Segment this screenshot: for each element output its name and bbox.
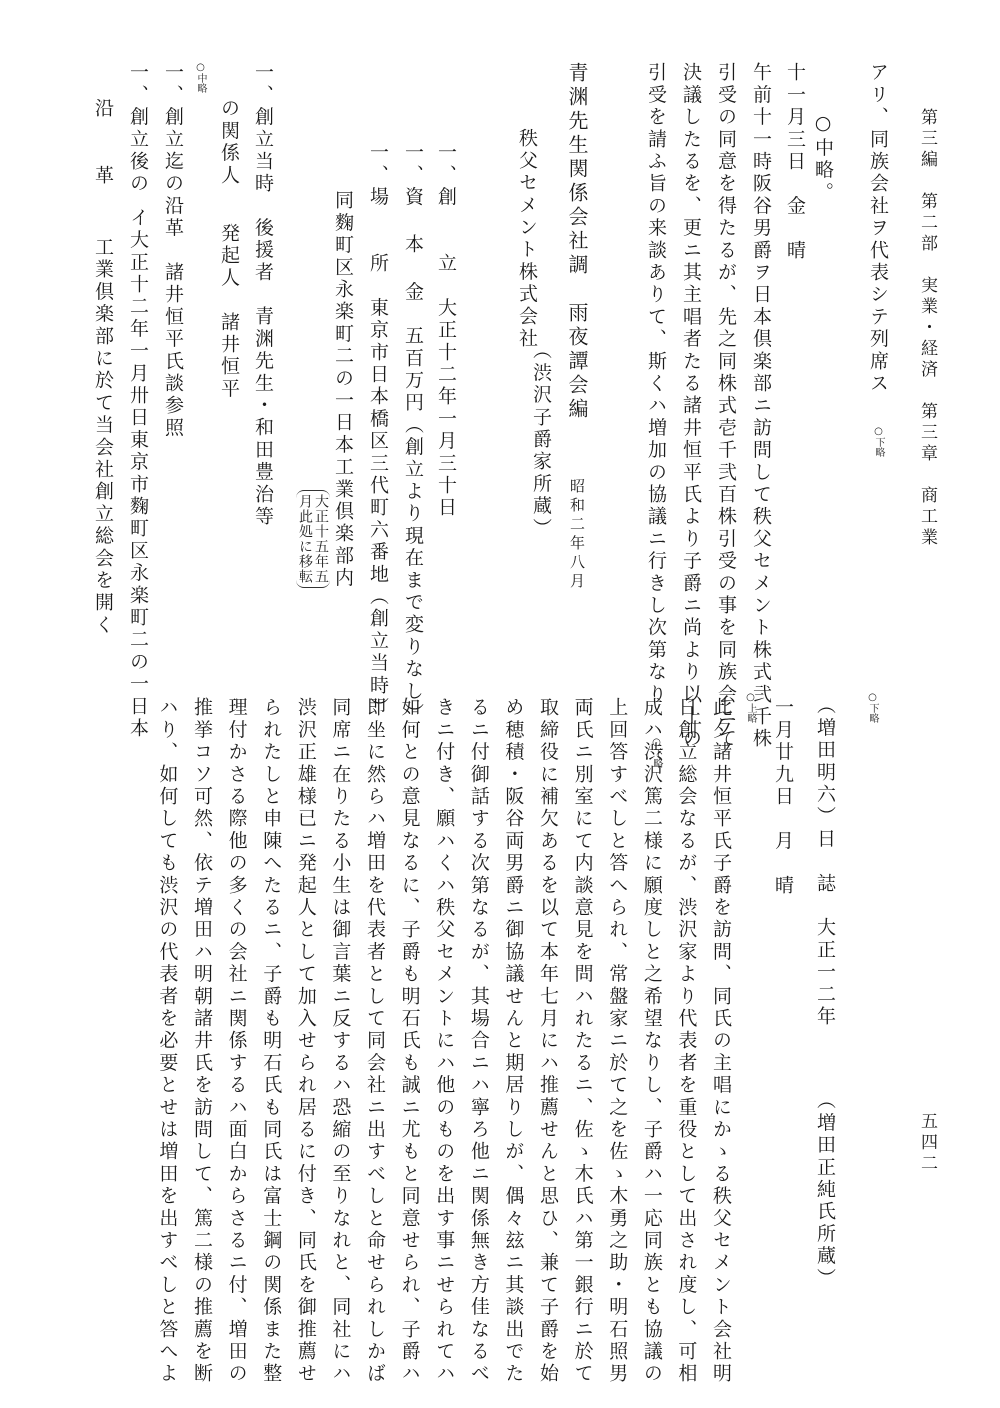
text-column: アリ、同族会社ヲ代表シテ列席ス ○下略 [868,62,887,457]
text-line: 午前十一時阪谷男爵ヲ日本倶楽部ニ訪問して秩父セメント株式弐千株 [751,62,770,750]
omission-note: ○上略 [745,692,755,723]
diary-line: 成ハ渋沢篤二様に願度しと之希望なりし、子爵ハ一応同族とも協議の [642,697,661,1385]
history-label: 一、創立後の [127,62,149,195]
location-note-line: 月此処に移転 [297,494,313,584]
founder-value: 発起人 諸井恒平 [218,223,240,401]
founder-label: 一、創立当時 [252,62,274,195]
item-value: 東京市日本橋区三代町六番地（創立当時） [367,297,389,719]
diary-line: 推挙コソ可然、依テ増田ハ明朝諸井氏を訪問して、篤二様の推薦を断 [192,697,211,1385]
diary-line: ハり、如何しても渋沢の代表者を必要とせは増田を出すべしと答へよ [157,697,176,1385]
item-capital: 一、資 本 金五百万円（創立より現在まで変りなし） [403,142,422,725]
diary-line: 同席ニ在りたる小生は御言葉ニ反するハ恐縮の至りなれと、同社にハ [330,697,349,1385]
item-label: 一、資 本 金 [402,142,424,303]
diary-line: られたしと申陳へたるニ、子爵も明石氏も同氏は富士鋼の関係また整 [261,697,280,1385]
founder-row-1: 一、創立当時後援者 青渊先生・和田豊治等 [253,62,272,528]
diary-line: 上回答すべしと答へられ、常盤家ニ於て之を佐ゝ木勇之助・明石照男 [607,697,626,1385]
omission-note: ○中略 [195,62,205,93]
source-note: （渋沢子爵家所蔵） [531,340,550,540]
omission-note: ○下略 [867,692,877,723]
omission-marker: ○中略。 [813,112,832,204]
running-header: 第三編 第二部 実業・経済 第三章 商工業 [918,108,935,549]
text-line: アリ、同族会社ヲ代表シテ列席ス [867,62,889,395]
diary-line: 如何との意見なるに、子爵も明石氏も誠ニ尤もと同意せられ、子爵ハ [400,697,419,1385]
diary-line: 両氏ニ別室にて内談意見を問ハれたるニ、佐ゝ木氏ハ第一銀行ニ於て [573,697,592,1385]
diary-line: きニ付き、願ハくハ秩父セメントにハ他のものを出す事ニせられてハ [434,697,453,1385]
item-value: 大正十二年一月三十日 [435,297,457,519]
diary-line: るニ付御話する次第なるが、其場合ニハ寧ろ他ニ関係無き方佳なるべ [469,697,488,1385]
diary-line: 取締役に補欠あるを以て本年七月にハ推薦せんと思ひ、兼て子爵を始 [538,697,557,1385]
history-row-1: 一、創立迄の沿革 諸井恒平氏談参照 [163,62,182,439]
history-value: イ大正十二年一月卅日東京市麴町区永楽町二の一日本 [127,207,149,740]
text-line: 決議したるを、更ニ其主唱者たる諸井恒平氏より子爵ニ尚より以上の [681,62,700,750]
text-line: 引受の同意を得たるが、先之同株式壱千弐百株引受の事を同族会ニて [716,62,735,750]
founder-value: 後援者 青渊先生・和田豊治等 [252,217,274,528]
item-label: 一、場 所 [367,142,389,275]
location-note: 大正十五年五 月此処に移転 [296,490,330,588]
location-note-line: 大正十五年五 [313,494,329,584]
diary-line: 渋沢正雄様已ニ発起人として加入せられ居るに付き、同氏を御推薦せ [296,697,315,1385]
diary-title: （増田明六）日 誌 大正一二年 [815,695,834,1028]
omission-note: ○下略 [873,426,883,457]
section-title: 青渊先生関係会社調 雨夜譚会編 昭和二年八月 [567,62,587,592]
history-row-2: 一、創立後のイ大正十二年一月卅日東京市麴町区永楽町二の一日本 [128,62,147,740]
diary-line: 此夕諸井恒平氏子爵を訪問、同氏の主唱にかゝる秩父セメント会社明 [711,697,730,1385]
item-label: 一、創 立 [435,142,457,275]
diary-date: 十一月三日 金 晴 [785,62,804,262]
title-date: 昭和二年八月 [569,478,584,592]
item-founded: 一、創 立大正十二年一月三十日 [436,142,455,519]
diary-line: 日創立総会なるが、渋沢家より代表者を重役として出され度し、可相 [676,697,695,1385]
founder-label: の関係人 [218,98,240,187]
page-number: 五四二 [918,1112,935,1175]
history-row-2b: 沿 革工業倶楽部に於て当会社創立総会を開く [93,98,112,636]
text-column: 引受を請ふ旨の来談ありて、斯くハ増加の協議ニ行きし次第なり ○下略 [646,62,665,768]
title-text: 青渊先生関係会社調 雨夜譚会編 [565,62,589,422]
company-name: 秩父セメント株式会社 [517,128,536,350]
diary-line: 理付かさる際他の多くの会社ニ関係するハ面白からさるニ付、増田の [227,697,246,1385]
location-continued: 同麴町区永楽町二の一日本工業倶楽部内 [333,190,352,590]
item-location: 一、場 所東京市日本橋区三代町六番地（創立当時） [368,142,387,719]
history-value: 工業倶楽部に於て当会社創立総会を開く [92,237,114,637]
text-line: 引受を請ふ旨の来談ありて、斯くハ増加の協議ニ行きし次第なり [645,62,667,706]
diary-line: 即坐に然らハ増田を代表者として同会社ニ出すべしと命せられしかば [365,697,384,1385]
founder-row-2: の関係人発起人 諸井恒平 [219,98,238,400]
history-label: 沿 革 [92,98,114,187]
diary-date: 一月廿九日 月 晴 [773,697,792,897]
item-value: 五百万円（創立より現在まで変りなし） [402,325,424,725]
diary-line: め穂積・阪谷両男爵ニ御協議せんと期居りしが、偶々玆ニ其談出でた [503,697,522,1385]
source-note: （増田正純氏所蔵） [815,1090,834,1290]
